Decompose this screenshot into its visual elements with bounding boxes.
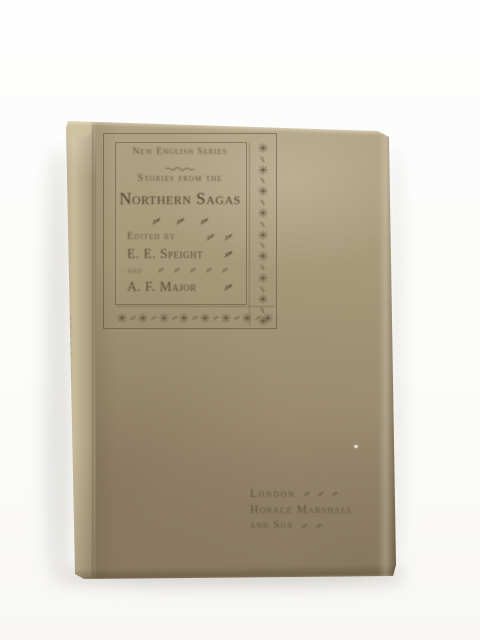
imprint-publisher: Horace Marshall xyxy=(250,504,353,516)
leaf-sprig-icon xyxy=(191,315,198,321)
imprint-publisher-2: and Son xyxy=(250,520,294,531)
leaf-sprig-icon xyxy=(199,217,209,225)
leaf-sprig-icon xyxy=(260,155,266,162)
leaf-sprig-icon xyxy=(223,250,233,258)
edited-by-line: Edited by xyxy=(127,231,233,242)
leaf-sprig-icon xyxy=(260,220,266,227)
title-panel: New English Series Stories from the Nort… xyxy=(115,142,245,303)
series-title: New English Series xyxy=(115,147,245,157)
ornament-border-bottom xyxy=(116,306,274,328)
border-flower-icon xyxy=(221,313,231,323)
leaf-sprig-icon xyxy=(260,285,266,292)
leaf-sprig-icon xyxy=(303,491,310,497)
pretitle: Stories from the xyxy=(115,173,245,184)
border-flower-icon xyxy=(258,294,268,304)
leaf-sprig-icon xyxy=(205,267,212,273)
leaf-sprig-icon xyxy=(175,217,185,225)
border-flower-icon xyxy=(258,208,268,218)
leaf-sprig-icon xyxy=(260,263,266,270)
leaf-sprig-icon xyxy=(260,242,266,249)
and-label: and xyxy=(127,265,142,275)
border-flower-icon xyxy=(258,251,268,261)
sprig-spread xyxy=(152,267,233,273)
worn-spine-tip xyxy=(61,115,93,138)
leaf-sprig-icon xyxy=(254,315,261,321)
leaf-sprig-icon xyxy=(260,177,266,184)
leaf-sprig-icon xyxy=(151,217,161,225)
leaf-sprig-icon xyxy=(223,233,233,241)
leaf-sprig-icon xyxy=(173,267,180,273)
border-flower-icon xyxy=(258,273,268,283)
leaf-sprig-icon xyxy=(317,491,324,497)
book-photo: Northern Sagas xyxy=(0,0,480,640)
leaf-sprig-icon xyxy=(157,267,164,273)
border-flower-icon xyxy=(179,313,189,323)
edited-by-label: Edited by xyxy=(127,231,176,242)
leaf-sprig-icon xyxy=(260,199,266,206)
leaf-sprig-icon xyxy=(205,233,215,241)
editor2-name: A. F. Major xyxy=(127,279,197,295)
leaf-sprig-icon xyxy=(233,315,240,321)
book-cover: Northern Sagas xyxy=(0,0,480,640)
leaf-sprig-icon xyxy=(171,315,178,321)
editor1-name: E. E. Speight xyxy=(127,246,203,262)
imprint-line-2: Horace Marshall xyxy=(250,504,353,516)
leaf-sprig-icon xyxy=(189,267,196,273)
border-flower-icon xyxy=(258,230,268,240)
border-flower-icon xyxy=(258,186,268,196)
border-flower-icon xyxy=(159,313,169,323)
sprig-cluster xyxy=(205,233,233,241)
imprint-city: London xyxy=(250,488,296,500)
dust-speck xyxy=(354,445,358,448)
imprint-line-1: London xyxy=(250,488,353,500)
leaf-sprig-icon xyxy=(301,523,308,529)
border-flower-icon xyxy=(138,313,148,323)
leaf-sprig-icon xyxy=(221,267,228,273)
border-flower-icon xyxy=(258,143,268,153)
leaf-sprig-icon xyxy=(150,315,157,321)
and-line: and xyxy=(127,265,233,275)
sprig-row xyxy=(127,217,233,225)
leaf-sprig-icon xyxy=(315,523,322,529)
book-title: Northern Sagas xyxy=(115,189,245,209)
ornament-border-right xyxy=(249,143,275,326)
border-flower-icon xyxy=(258,165,268,175)
border-flower-icon xyxy=(263,313,273,323)
imprint-line-3: and Son xyxy=(250,520,353,531)
border-flower-icon xyxy=(242,313,252,323)
leaf-sprig-icon xyxy=(212,315,219,321)
editor2-line: A. F. Major xyxy=(127,279,233,295)
border-flower-icon xyxy=(117,313,127,323)
leaf-sprig-icon xyxy=(331,491,338,497)
border-flower-icon xyxy=(200,313,210,323)
editor1-line: E. E. Speight xyxy=(127,246,233,262)
leaf-sprig-icon xyxy=(129,315,136,321)
publisher-imprint: London Horace Marshall and Son xyxy=(250,488,353,535)
leaf-sprig-icon xyxy=(223,283,233,291)
